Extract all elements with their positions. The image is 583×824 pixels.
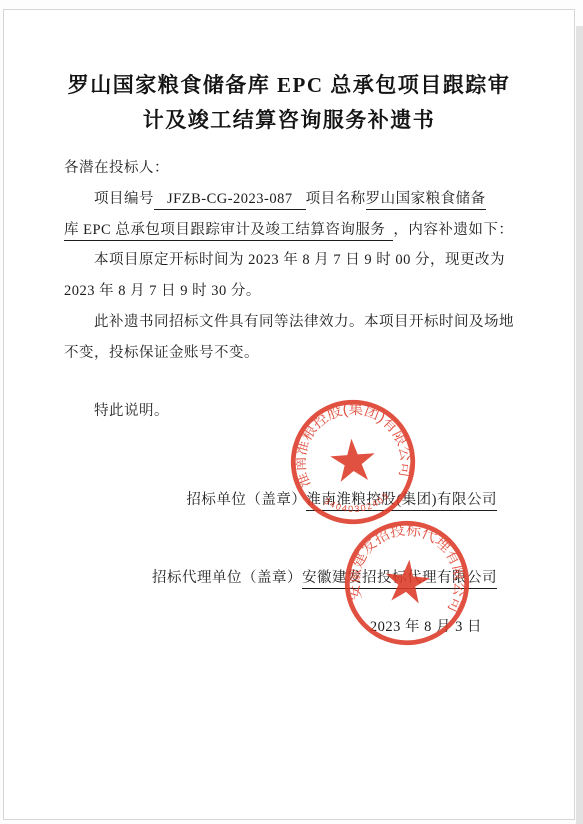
title-line-2: 计及竣工结算咨询服务补遗书 [4, 103, 574, 138]
tenderer-label: 招标单位（盖章） [186, 492, 306, 508]
project-name-part2: 库 EPC 总承包项目跟踪审计及竣工结算咨询服务 [64, 222, 393, 241]
title-line-1: 罗山国家粮食储备库 EPC 总承包项目跟踪审 [4, 68, 574, 103]
project-name-continuation-line: 库 EPC 总承包项目跟踪审计及竣工结算咨询服务，内容补遗如下： [64, 218, 534, 239]
document-date: 2023 年 8 月 3 日 [370, 615, 482, 636]
project-name-label: 项目名称 [306, 191, 366, 207]
closing-statement: 特此说明。 [64, 399, 534, 420]
project-suffix: ，内容补遗如下： [393, 222, 513, 238]
legal-effect-line-1: 此补遗书同招标文件具有同等法律效力。本项目开标时间及场地 [64, 310, 534, 331]
tenderer-name: 淮南淮粮控股(集团)有限公司 [306, 492, 497, 511]
agency-name: 安徽建发招投标代理有限公司 [302, 570, 497, 589]
star-icon [329, 437, 376, 482]
project-info-line: 项目编号JFZB-CG-2023-087项目名称罗山国家粮食储备 [64, 187, 534, 208]
project-name-part1: 罗山国家粮食储备 [366, 191, 486, 210]
salutation: 各潜在投标人： [64, 156, 534, 177]
project-number-label: 项目编号 [94, 191, 154, 207]
tenderer-signature-line: 招标单位（盖章）淮南淮粮控股(集团)有限公司 [186, 488, 497, 509]
right-edge-shadow [576, 26, 583, 824]
agency-label: 招标代理单位（盖章） [152, 570, 302, 586]
time-change-line-2: 2023 年 8 月 7 日 9 时 30 分。 [64, 279, 534, 300]
agency-signature-line: 招标代理单位（盖章）安徽建发招投标代理有限公司 [152, 566, 497, 587]
legal-effect-line-2: 不变，投标保证金账号不变。 [64, 341, 534, 362]
document-page: 罗山国家粮食储备库 EPC 总承包项目跟踪审 计及竣工结算咨询服务补遗书 各潜在… [3, 9, 575, 820]
document-viewer: 罗山国家粮食储备库 EPC 总承包项目跟踪审 计及竣工结算咨询服务补遗书 各潜在… [0, 0, 583, 824]
time-change-line-1: 本项目原定开标时间为 2023 年 8 月 7 日 9 时 00 分，现更改为 [64, 248, 534, 269]
document-title: 罗山国家粮食储备库 EPC 总承包项目跟踪审 计及竣工结算咨询服务补遗书 [4, 68, 574, 138]
project-number-value: JFZB-CG-2023-087 [154, 191, 306, 210]
